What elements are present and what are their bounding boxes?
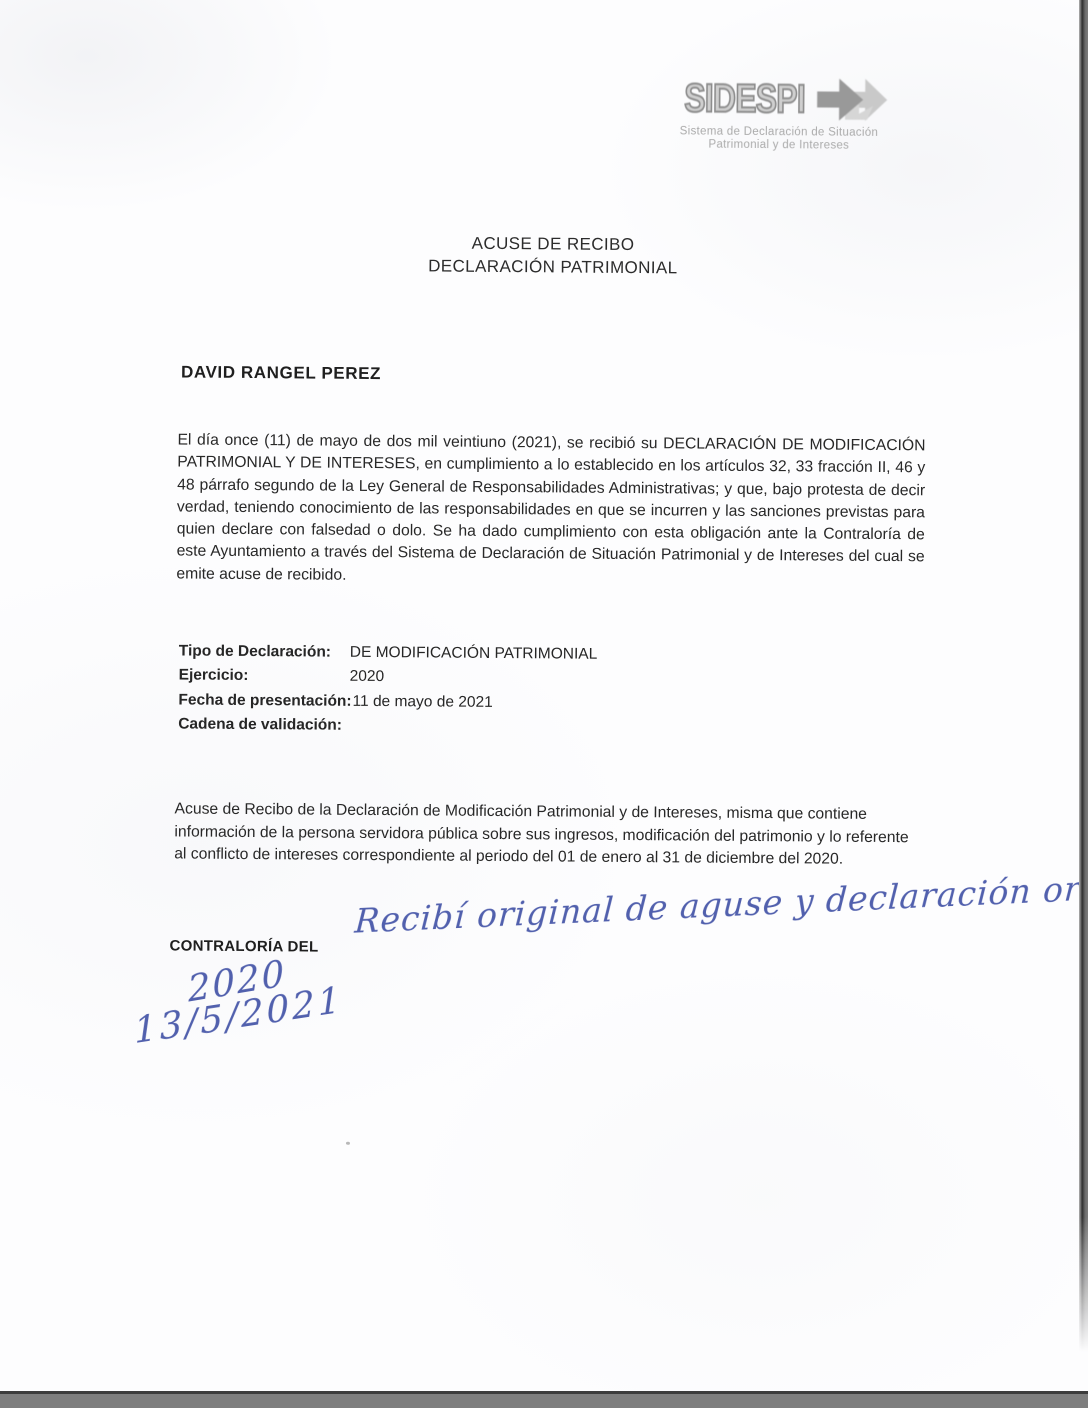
field-value xyxy=(348,714,349,738)
logo-tagline-line1: Sistema de Declaración de Situación xyxy=(648,125,910,140)
field-label: Fecha de presentación: xyxy=(178,688,351,714)
field-row-ejercicio: Ejercicio: 2020 xyxy=(179,664,598,692)
field-value: DE MODIFICACIÓN PATRIMONIAL xyxy=(349,641,598,667)
field-value: 11 de mayo de 2021 xyxy=(351,689,492,714)
field-label: Ejercicio: xyxy=(179,664,349,690)
field-value: 2020 xyxy=(349,665,385,690)
double-right-arrow-icon xyxy=(815,74,889,125)
logo-tagline-line2: Patrimonial y de Intereses xyxy=(648,138,910,153)
logo-tagline: Sistema de Declaración de Situación Patr… xyxy=(648,125,910,153)
title-line2: DECLARACIÓN PATRIMONIAL xyxy=(343,254,763,280)
declaration-fields: Tipo de Declaración: DE MODIFICACIÓN PAT… xyxy=(178,639,597,739)
field-label: Tipo de Declaración: xyxy=(179,639,349,665)
summary-paragraph: Acuse de Recibo de la Declaración de Mod… xyxy=(174,798,923,871)
logo-row: SIDESPI xyxy=(648,73,910,125)
document-page: SIDESPI Sistema de Declaración de Situac… xyxy=(0,0,1088,1408)
recipient-name: DAVID RANGEL PEREZ xyxy=(181,362,381,384)
scanner-right-edge xyxy=(1079,0,1088,1352)
field-row-cadena: Cadena de validación: xyxy=(178,712,597,740)
scan-speck xyxy=(346,1142,350,1145)
field-label: Cadena de validación: xyxy=(178,712,348,738)
title-line1: ACUSE DE RECIBO xyxy=(343,231,763,257)
field-row-fecha: Fecha de presentación: 11 de mayo de 202… xyxy=(178,688,597,716)
scanner-bottom-edge xyxy=(0,1391,1088,1408)
body-paragraph: El día once (11) de mayo de dos mil vein… xyxy=(176,429,925,591)
document-title: ACUSE DE RECIBO DECLARACIÓN PATRIMONIAL xyxy=(343,231,763,280)
handwritten-note-line1: Recibí original de aguse y declaración o… xyxy=(354,865,1088,941)
field-row-tipo: Tipo de Declaración: DE MODIFICACIÓN PAT… xyxy=(179,639,598,667)
contraloria-label: CONTRALORÍA DEL xyxy=(169,937,318,955)
sidespi-logo: SIDESPI Sistema de Declaración de Situac… xyxy=(648,73,911,153)
logo-wordmark: SIDESPI xyxy=(684,76,805,122)
scanned-document: SIDESPI Sistema de Declaración de Situac… xyxy=(0,0,1088,1408)
